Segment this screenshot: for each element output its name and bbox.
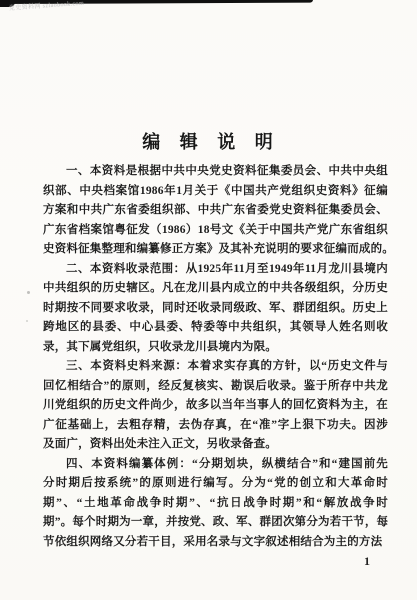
text-line: 录，其下属党组织，只收录龙川县境内为限。 bbox=[43, 338, 388, 358]
text-line: 一、本资料是根据中共中央党史资料征集委员会、中共中央组 bbox=[43, 162, 388, 182]
text-line: 跨地区的县委、中心县委、特委等中共组织，其领导人姓名则收 bbox=[43, 318, 388, 338]
text-line: 分时期后按系统”的原则进行编写。分为“党的创立和大革命时 bbox=[43, 474, 388, 494]
text-line: 方案和中共广东省委组织部、中共广东省委党史资料征集委员会、 bbox=[43, 201, 388, 221]
text-line: 节依组织网络又分若干目，采用名录与文字叙述相结合为主的方法 bbox=[43, 533, 388, 553]
text-line: 期”、“土地革命战争时期”、“抗日战争时期”和“解放战争时 bbox=[43, 494, 388, 514]
text-line: 二、本资料收录范围：从1925年11月至1949年11月龙川县境内 bbox=[43, 260, 388, 280]
text-line: 广东省档案馆粤征发（1986）18号文《关于中国共产党广东省组织 bbox=[43, 221, 388, 241]
text-line: 三、本资料史料来源：本着求实存真的方针，以“历史文件与 bbox=[43, 357, 388, 377]
text-line: 川党组织的历史文件尚少，故多以当年当事人的回忆资料为主，在 bbox=[43, 396, 388, 416]
scan-speck bbox=[26, 320, 28, 322]
body-text: 一、本资料是根据中共中央党史资料征集委员会、中共中央组织部、中央档案馆1986年… bbox=[43, 162, 388, 552]
scan-speck bbox=[27, 291, 30, 294]
text-line: 期”。每个时期为一章，并按党、政、军、群团次第分为若干节，每 bbox=[43, 513, 388, 533]
page-number: 1 bbox=[364, 554, 370, 569]
text-line: 织部、中央档案馆1986年1月关于《中国共产党组织史资料》征编 bbox=[43, 182, 388, 202]
text-line: 广征基础上，去粗存精，去伪存真，在“准”字上狠下功夫。因涉 bbox=[43, 416, 388, 436]
page-title: 编 辑 说 明 bbox=[0, 128, 417, 154]
text-line: 史资料征集整理和编纂修正方案》及其补充说明的要求征编而成的。 bbox=[43, 240, 388, 260]
text-line: 及面广，资料出处未注入正文，另收录备查。 bbox=[43, 435, 388, 455]
text-line: 四、本资料编纂体例：“分期划块，纵横结合”和“建国前先 bbox=[43, 455, 388, 475]
text-line: 中共组织的历史辖区。凡在龙川县内成立的中共各级组织，分历史 bbox=[43, 279, 388, 299]
scanned-document-page: 党史资料网 szlaobook.com 编 辑 说 明 一、本资料是根据中共中央… bbox=[0, 0, 417, 600]
text-line: 回忆相结合”的原则，经反复核实、勘误后收录。鉴于所存中共龙 bbox=[43, 377, 388, 397]
text-line: 时期按不同要求收录，同时还收录同级政、军、群团组织。历史上 bbox=[43, 299, 388, 319]
